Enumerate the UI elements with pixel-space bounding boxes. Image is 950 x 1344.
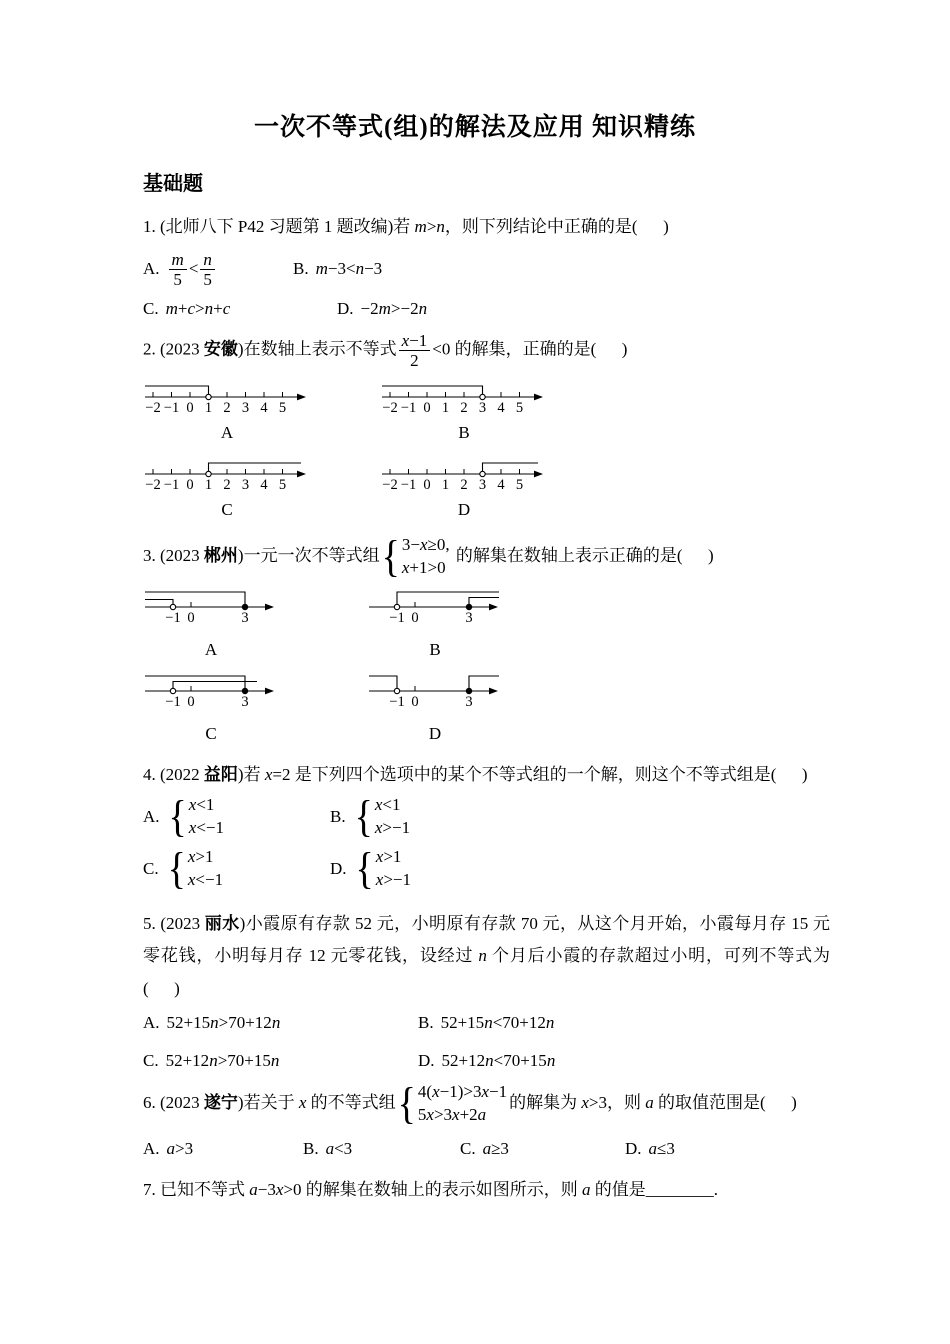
system-line: x>−1 [375,817,410,840]
text-run: ，则 [607,1093,645,1112]
brace-glyph: { [168,847,186,892]
worksheet-page: 一次不等式(组)的解法及应用 知识精练 基础题 1. (北师八下 P42 习题第… [0,0,950,1344]
option-label: B. [418,1013,434,1033]
diagram-row: −2−1012345A−2−1012345B [143,378,830,443]
option-a: A.m5<n5 [143,250,293,289]
math-expression: m−3<n−3 [316,259,383,279]
section-heading: 基础题 [143,171,830,198]
math-expression: a<3 [326,1139,353,1159]
numberline-figure-b: −2−1012345 [380,378,548,418]
option-label: D. [330,859,347,879]
diagram-letter: B [380,423,548,443]
svg-text:3: 3 [241,694,248,710]
svg-text:2: 2 [460,477,467,493]
math-expression: 2 [410,351,419,370]
svg-text:−1: −1 [164,477,179,493]
option-label: A. [143,807,160,827]
numberline-figure-c: −103 [143,672,279,712]
math-expression: m+c>n+c [166,299,231,319]
question-text: 4. (2022 益阳)若 x=2 是下列四个选项中的某个不等式组的一个解，则这… [143,762,830,788]
option-c: C.{x>1x<−1 [143,846,330,892]
math-expression: a≤3 [649,1139,675,1159]
system-lines: x<1x>−1 [375,794,410,840]
system-lines: x<1x<−1 [189,794,224,840]
numberline-figure-c: −2−1012345 [143,455,311,495]
numberline-option-d: −103D [367,672,591,744]
brace-glyph: { [355,795,373,840]
brace-glyph: { [169,795,187,840]
fraction-denominator: 5 [200,270,215,289]
numberline-figure-d: −103 [367,672,503,712]
text-run: 的值是________. [590,1180,718,1199]
system-line: x<1 [189,794,224,817]
option-row: A.52+15n>70+12nB.52+15n<70+12n [143,1013,830,1033]
option-label: B. [303,1139,319,1159]
numberline-option-d: −2−1012345D [380,455,617,520]
numberline-figure-a: −2−1012345 [143,378,311,418]
system-lines: x>1x>−1 [376,846,411,892]
question-4: 4. (2022 益阳)若 x=2 是下列四个选项中的某个不等式组的一个解，则这… [143,762,830,892]
system-lines: 3−x≥0,x+1>0 [402,534,450,580]
svg-text:2: 2 [223,400,230,416]
text-run: 2. (2023 [143,339,204,358]
option-d: D.a≤3 [625,1139,675,1159]
question-3: 3. (2023 郴州)一元一次不等式组{3−x≥0,x+1>0 的解集在数轴上… [143,534,830,744]
math-expression: a−3x>0 [249,1180,301,1199]
svg-text:3: 3 [241,610,248,626]
svg-text:0: 0 [423,400,430,416]
text-run: 的解集在数轴上的表示如图所示，则 [301,1180,582,1199]
diagram-letter: A [143,640,279,660]
option-label: D. [337,299,354,319]
diagram-letter: C [143,500,311,520]
inequality-system: {3−x≥0,x+1>0 [382,534,450,580]
brace-glyph: { [382,534,400,579]
text-run: 的解集，正确的是( ) [450,339,627,358]
exam-region-label: 益阳 [204,765,238,784]
fraction-numerator: n [200,250,215,270]
numberline-option-c: −103C [143,672,367,744]
svg-text:1: 1 [442,400,449,416]
option-b: B.{x<1x>−1 [330,794,412,840]
numberline-option-a: −2−1012345A [143,378,380,443]
svg-text:0: 0 [411,694,418,710]
brace-glyph: { [356,847,374,892]
option-label: D. [625,1139,642,1159]
svg-text:2: 2 [460,400,467,416]
numberline-option-a: −103A [143,588,367,660]
text-run: 7. 已知不等式 [143,1180,249,1199]
system-line: x>1 [188,846,223,869]
exam-region-label: 遂宁 [204,1093,238,1112]
question-6: 6. (2023 遂宁)若关于 x 的不等式组{4(x−1)>3x−15x>3x… [143,1081,830,1159]
option-label: A. [143,1013,160,1033]
brace-glyph: { [398,1081,416,1126]
text-run: 的解集在数轴上表示正确的是( ) [452,546,714,565]
option-a: A.52+15n>70+12n [143,1013,418,1033]
system-line: 3−x≥0, [402,534,450,557]
question-5: 5. (2023 丽水)小霞原有存款 52 元，小明原有存款 70 元，从这个月… [143,908,830,1071]
question-7: 7. 已知不等式 a−3x>0 的解集在数轴上的表示如图所示，则 a 的值是__… [143,1177,830,1203]
option-d: D.{x>1x>−1 [330,846,413,892]
question-text: 2. (2023 安徽)在数轴上表示不等式x−12<0 的解集，正确的是( ) [143,331,830,370]
fraction: n5 [200,250,215,289]
question-text: 5. (2023 丽水)小霞原有存款 52 元，小明原有存款 70 元，从这个月… [143,908,830,1005]
svg-text:3: 3 [479,477,486,493]
svg-text:4: 4 [497,400,505,416]
option-row: C.m+c>n+cD.−2m>−2n [143,299,830,319]
option-row: C.{x>1x<−1D.{x>1x>−1 [143,846,830,892]
numberline-figure-a: −103 [143,588,279,628]
math-expression: x=2 [265,765,291,784]
math-expression: x−1 [402,331,428,350]
math-expression: n [203,250,212,269]
numberline-option-b: −103B [367,588,591,660]
svg-text:0: 0 [186,477,193,493]
text-run: 3. (2023 [143,546,204,565]
fraction: m5 [169,250,187,289]
question-1: 1. (北师八下 P42 习题第 1 题改编)若 m>n，则下列结论中正确的是(… [143,214,830,319]
text-run: 5. (2023 [143,914,205,933]
question-2: 2. (2023 安徽)在数轴上表示不等式x−12<0 的解集，正确的是( )−… [143,331,830,520]
system-lines: x>1x<−1 [188,846,223,892]
text-run: )一元一次不等式组 [238,546,380,565]
text-run: 4. (2022 [143,765,204,784]
system-line: x<−1 [189,817,224,840]
svg-text:−2: −2 [145,477,160,493]
svg-text:0: 0 [186,400,193,416]
fraction-numerator: m [169,250,187,270]
diagram-letter: D [367,724,503,744]
diagram-letter: D [380,500,548,520]
diagram-row: −103A−103B [143,588,830,660]
numberline-figure-b: −103 [367,588,503,628]
svg-text:−2: −2 [382,477,397,493]
math-expression: 52+15n>70+12n [167,1013,281,1033]
fraction-denominator: 5 [169,270,187,289]
math-expression: a≥3 [483,1139,509,1159]
svg-text:1: 1 [205,477,212,493]
diagram-row: −103C−103D [143,672,830,744]
math-expression: m>n [415,217,445,236]
exam-region-label: 丽水 [205,914,240,933]
option-label: C. [143,859,159,879]
inequality-system: {x<1x>−1 [355,794,410,840]
svg-text:4: 4 [497,477,505,493]
text-run: 6. (2023 [143,1093,204,1112]
option-row: A.m5<n5B.m−3<n−3 [143,250,830,289]
math-expression: a>3 [167,1139,194,1159]
svg-text:5: 5 [516,477,523,493]
diagram-row: −2−1012345C−2−1012345D [143,455,830,520]
option-b: B.a<3 [303,1139,460,1159]
diagram-letter: B [367,640,503,660]
svg-text:−2: −2 [145,400,160,416]
option-row: A.{x<1x<−1B.{x<1x>−1 [143,794,830,840]
diagram-letter: C [143,724,279,744]
option-a: A.{x<1x<−1 [143,794,330,840]
fraction-denominator: 2 [399,351,431,370]
svg-text:0: 0 [187,694,194,710]
system-lines: 4(x−1)>3x−15x>3x+2a [418,1081,507,1127]
option-label: B. [330,807,346,827]
option-d: D.52+12n<70+15n [418,1051,555,1071]
svg-text:−1: −1 [165,694,180,710]
math-expression: 52+12n<70+15n [442,1051,556,1071]
text-run: 1. (北师八下 P42 习题第 1 题改编)若 [143,217,415,236]
math-expression: < [189,259,199,279]
svg-text:−1: −1 [389,610,404,626]
math-expression: 5 [203,270,212,289]
option-c: C.m+c>n+c [143,299,337,319]
numberline-figure-d: −2−1012345 [380,455,548,495]
text-run: 的解集为 [509,1093,581,1112]
text-run: 的不等式组 [306,1093,395,1112]
question-text: 6. (2023 遂宁)若关于 x 的不等式组{4(x−1)>3x−15x>3x… [143,1081,830,1127]
svg-text:5: 5 [279,400,286,416]
fraction-numerator: x−1 [399,331,431,351]
fraction: x−12 [399,331,431,370]
inequality-system: {x<1x<−1 [169,794,224,840]
question-text: 7. 已知不等式 a−3x>0 的解集在数轴上的表示如图所示，则 a 的值是__… [143,1177,830,1203]
inequality-system: {4(x−1)>3x−15x>3x+2a [398,1081,507,1127]
option-label: A. [143,1139,160,1159]
math-expression: 52+15n<70+12n [441,1013,555,1033]
numberline-option-c: −2−1012345C [143,455,380,520]
diagram-letter: A [143,423,311,443]
option-label: C. [460,1139,476,1159]
question-text: 3. (2023 郴州)一元一次不等式组{3−x≥0,x+1>0 的解集在数轴上… [143,534,830,580]
svg-text:0: 0 [423,477,430,493]
svg-text:0: 0 [187,610,194,626]
question-text: 1. (北师八下 P42 习题第 1 题改编)若 m>n，则下列结论中正确的是(… [143,214,830,240]
svg-text:1: 1 [442,477,449,493]
math-expression: m [172,250,184,269]
option-label: D. [418,1051,435,1071]
system-line: x<1 [375,794,410,817]
svg-text:−2: −2 [382,400,397,416]
option-b: B.m−3<n−3 [293,259,382,279]
text-run: 是下列四个选项中的某个不等式组的一个解，则这个不等式组是( ) [290,765,807,784]
svg-text:−1: −1 [401,400,416,416]
option-row: C.52+12n>70+15nD.52+12n<70+15n [143,1051,830,1071]
math-expression: 5 [173,270,182,289]
option-a: A.a>3 [143,1139,303,1159]
svg-text:3: 3 [242,477,249,493]
exam-region-label: 郴州 [204,546,238,565]
svg-text:3: 3 [242,400,249,416]
math-expression: n [478,946,487,965]
numberline-option-b: −2−1012345B [380,378,617,443]
text-run: ，则下列结论中正确的是( ) [445,217,669,236]
svg-text:−1: −1 [401,477,416,493]
text-run: 的取值范围是( ) [654,1093,797,1112]
svg-text:−1: −1 [389,694,404,710]
math-expression: <0 [432,339,450,358]
worksheet-content: 基础题 1. (北师八下 P42 习题第 1 题改编)若 m>n，则下列结论中正… [0,171,950,1204]
text-run: )若 [238,765,265,784]
exam-region-label: 安徽 [204,339,238,358]
system-line: x>1 [376,846,411,869]
inequality-system: {x>1x<−1 [168,846,223,892]
math-expression: x>3 [581,1093,607,1112]
system-line: x+1>0 [402,557,450,580]
text-run: )若关于 [238,1093,299,1112]
option-row: A.a>3B.a<3C.a≥3D.a≤3 [143,1139,830,1159]
page-title: 一次不等式(组)的解法及应用 知识精练 [0,0,950,145]
inequality-system: {x>1x>−1 [356,846,411,892]
svg-text:0: 0 [411,610,418,626]
question-list: 1. (北师八下 P42 习题第 1 题改编)若 m>n，则下列结论中正确的是(… [143,214,830,1204]
svg-text:5: 5 [516,400,523,416]
svg-text:−1: −1 [165,610,180,626]
option-b: B.52+15n<70+12n [418,1013,554,1033]
option-c: C.a≥3 [460,1139,625,1159]
svg-text:3: 3 [465,694,472,710]
option-c: C.52+12n>70+15n [143,1051,418,1071]
system-line: 5x>3x+2a [418,1104,507,1127]
option-label: C. [143,299,159,319]
svg-text:4: 4 [260,477,268,493]
svg-text:−1: −1 [164,400,179,416]
svg-text:2: 2 [223,477,230,493]
system-line: x>−1 [376,869,411,892]
math-expression: 52+12n>70+15n [166,1051,280,1071]
system-line: 4(x−1)>3x−1 [418,1081,507,1104]
math-expression: −2m>−2n [361,299,428,319]
svg-text:3: 3 [465,610,472,626]
option-label: C. [143,1051,159,1071]
system-line: x<−1 [188,869,223,892]
option-d: D.−2m>−2n [337,299,427,319]
svg-text:1: 1 [205,400,212,416]
math-expression: a [645,1093,654,1112]
svg-text:3: 3 [479,400,486,416]
text-run: )在数轴上表示不等式 [238,339,397,358]
option-label: A. [143,259,160,279]
svg-text:4: 4 [260,400,268,416]
svg-text:5: 5 [279,477,286,493]
option-label: B. [293,259,309,279]
